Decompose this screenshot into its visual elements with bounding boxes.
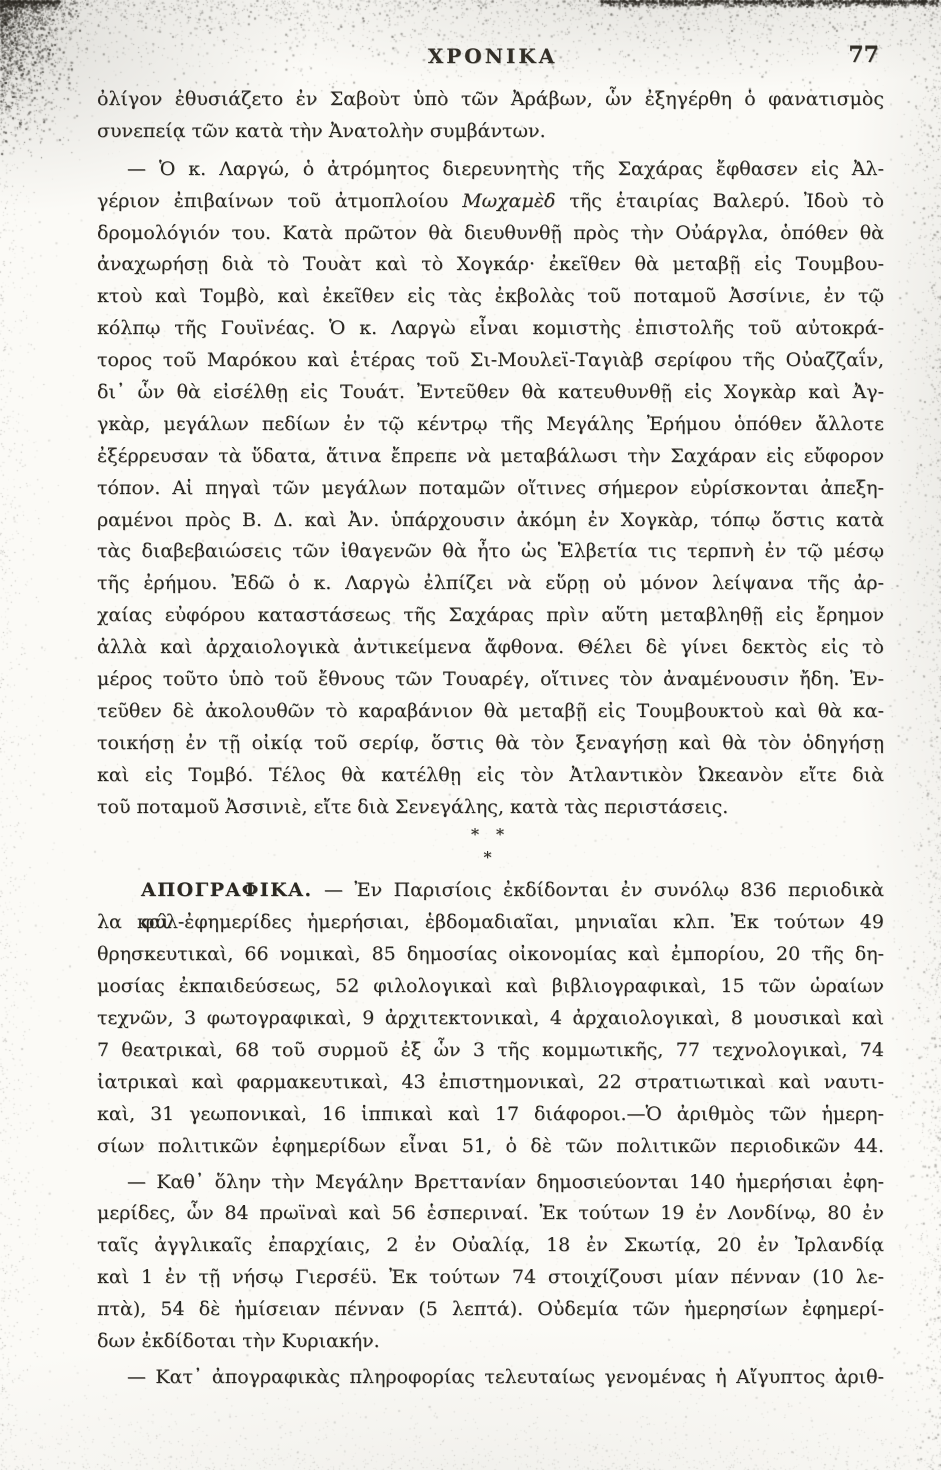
text-line: τοῦ ποταμοῦ Ἀσσινιὲ, εἴτε διὰ Σενεγάλης,… (97, 792, 884, 824)
text-line: τεχνῶν, 3 φωτογραφικαὶ, 9 ἀρχιτεκτονικαὶ… (97, 1003, 884, 1035)
page-header: ΧΡΟΝΙΚΑ 77 (0, 44, 941, 74)
text-line: καὶ, 31 γεωπονικαὶ, 16 ἱππικαὶ καὶ 17 δι… (97, 1099, 884, 1131)
asterism-top: * * (97, 823, 884, 846)
paragraph-1: ὀλίγον ἐθυσιάζετο ἐν Σαβοὺτ ὑπὸ τῶν Ἀράβ… (97, 84, 884, 148)
text-line: κτοὺ καὶ Τομβὸ, καὶ ἐκεῖθεν εἰς τὰς ἐκβο… (97, 281, 884, 313)
paragraph-5: — Κατ᾽ ἀπογραφικὰς πληροφορίας τελευταίω… (97, 1362, 884, 1394)
text-line: χαίας εὐφόρου καταστάσεως τῆς Σαχάρας πρ… (97, 600, 884, 632)
text-segment: τῆς ἑταιρίας Βαλερύ. Ἰδοὺ τὸ (555, 190, 884, 212)
text-line: τεῦθεν δὲ ἀκολουθῶν τὸ καραβάνιον θὰ μετ… (97, 696, 884, 728)
asterism-bottom: * (97, 846, 884, 869)
text-line: τορος τοῦ Μαρόκου καὶ ἑτέρας τοῦ Σι-Μουλ… (97, 345, 884, 377)
text-line: μερίδες, ὧν 84 πρωϊναὶ καὶ 56 ἑσπεριναί.… (97, 1198, 884, 1230)
text-line: ἀλλὰ καὶ ἀρχαιολογικὰ ἀντικείμενα ἄφθονα… (97, 632, 884, 664)
text-segment: γέριον ἐπιβαίνων τοῦ ἀτμοπλοίου (97, 190, 462, 212)
text-line: δι᾽ ὧν θὰ εἰσέλθῃ εἰς Τουάτ. Ἐντεῦθεν θὰ… (97, 377, 884, 409)
paragraph-4: — Καθ᾽ ὅλην τὴν Μεγάλην Βρεττανίαν δημοσ… (97, 1167, 884, 1358)
text-line: συνεπείᾳ τῶν κατὰ τὴν Ἀνατολὴν συμβάντων… (97, 116, 884, 148)
text-line: γκὰρ, μεγάλων πεδίων ἐν τῷ κέντρῳ τῆς Με… (97, 409, 884, 441)
text-line: δων ἐκδίδοται τὴν Κυριακήν. (97, 1326, 884, 1358)
text-line: τὰς διαβεβαιώσεις τῶν ἰθαγενῶν θὰ ἦτο ὡς… (97, 536, 884, 568)
text-block: ὀλίγον ἐθυσιάζετο ἐν Σαβοὺτ ὑπὸ τῶν Ἀράβ… (97, 84, 884, 1394)
text-line: δρομολόγιόν του. Κατὰ πρῶτον θὰ διευθυνθ… (97, 218, 884, 250)
text-line: ταῖς ἀγγλικαῖς ἐπαρχίαις, 2 ἐν Οὐαλίᾳ, 1… (97, 1230, 884, 1262)
asterism-separator: * * * (97, 823, 884, 875)
text-line: τόπον. Αἱ πηγαὶ τῶν μεγάλων ποταμῶν οἵτι… (97, 473, 884, 505)
text-line: ἰατρικαὶ καὶ φαρμακευτικαὶ, 43 ἐπιστημον… (97, 1067, 884, 1099)
paragraph-2: — Ὁ κ. Λαργώ, ὁ ἀτρόμητος διερευνητὴς τῆ… (97, 154, 884, 824)
text-line: ραμένοι πρὸς Β. Δ. καὶ Ἀν. ὑπάρχουσιν ἀκ… (97, 505, 884, 537)
text-line: μέρος τοῦτο ὑπὸ τοῦ ἔθνους τῶν Τουαρέγ, … (97, 664, 884, 696)
text-line: κόλπῳ τῆς Γουϊνέας. Ὁ κ. Λαργὼ εἶναι κομ… (97, 313, 884, 345)
text-line: ΑΠΟΓΡΑΦΙΚΑ. — Ἐν Παρισίοις ἐκδίδονται ἐν… (97, 875, 884, 907)
text-line: πτὰ), 54 δὲ ἡμίσειαν πένναν (5 λεπτά). Ο… (97, 1294, 884, 1326)
text-line: — Ὁ κ. Λαργώ, ὁ ἀτρόμητος διερευνητὴς τῆ… (97, 154, 884, 186)
text-line: μοσίας ἐκπαιδεύσεως, 52 φιλολογικαὶ καὶ … (97, 971, 884, 1003)
ship-name-italic: Μωχαμὲδ (462, 190, 555, 212)
text-line: τῆς ἐρήμου. Ἐδῶ ὁ κ. Λαργὼ ἐλπίζει νὰ εὕ… (97, 568, 884, 600)
text-line: ἀναχωρήσῃ διὰ τὸ Τουὰτ καὶ τὸ Χογκάρ· ἐκ… (97, 249, 884, 281)
page-number: 77 (848, 42, 879, 68)
text-line: ἐξέρρευσαν τὰ ὕδατα, ἅτινα ἔπρεπε νὰ μετ… (97, 441, 884, 473)
text-line: θρησκευτικαὶ, 66 νομικαὶ, 85 δημοσίας οἰ… (97, 939, 884, 971)
text-line: 7 θεατρικαὶ, 68 τοῦ συρμοῦ ἐξ ὧν 3 τῆς κ… (97, 1035, 884, 1067)
text-line: καὶ εἰς Τομβό. Τέλος θὰ κατέλθῃ εἰς τὸν … (97, 760, 884, 792)
running-title: ΧΡΟΝΙΚΑ (428, 44, 558, 68)
text-line: τοικήσῃ ἐν τῇ οἰκίᾳ τοῦ σερίφ, ὅστις θὰ … (97, 728, 884, 760)
paragraph-3: ΑΠΟΓΡΑΦΙΚΑ. — Ἐν Παρισίοις ἐκδίδονται ἐν… (97, 875, 884, 1162)
text-line: ὀλίγον ἐθυσιάζετο ἐν Σαβοὺτ ὑπὸ τῶν Ἀράβ… (97, 84, 884, 116)
section-lead-apografika: ΑΠΟΓΡΑΦΙΚΑ. (141, 879, 313, 901)
text-line: — Κατ᾽ ἀπογραφικὰς πληροφορίας τελευταίω… (97, 1362, 884, 1394)
text-line: — Καθ᾽ ὅλην τὴν Μεγάλην Βρεττανίαν δημοσ… (97, 1167, 884, 1199)
text-line: σίων πολιτικῶν ἐφημερίδων εἶναι 51, ὁ δὲ… (97, 1131, 884, 1163)
text-line: λα καὶ ἐφημερίδες ἡμερήσιαι, ἑβδομαδιαῖα… (97, 907, 884, 939)
scanned-page: ΧΡΟΝΙΚΑ 77 ὀλίγον ἐθυσιάζετο ἐν Σαβοὺτ ὑ… (0, 0, 941, 1470)
text-line: καὶ 1 ἐν τῇ νήσῳ Γιερσέϋ. Ἐκ τούτων 74 σ… (97, 1262, 884, 1294)
text-line: γέριον ἐπιβαίνων τοῦ ἀτμοπλοίου Μωχαμὲδ … (97, 186, 884, 218)
